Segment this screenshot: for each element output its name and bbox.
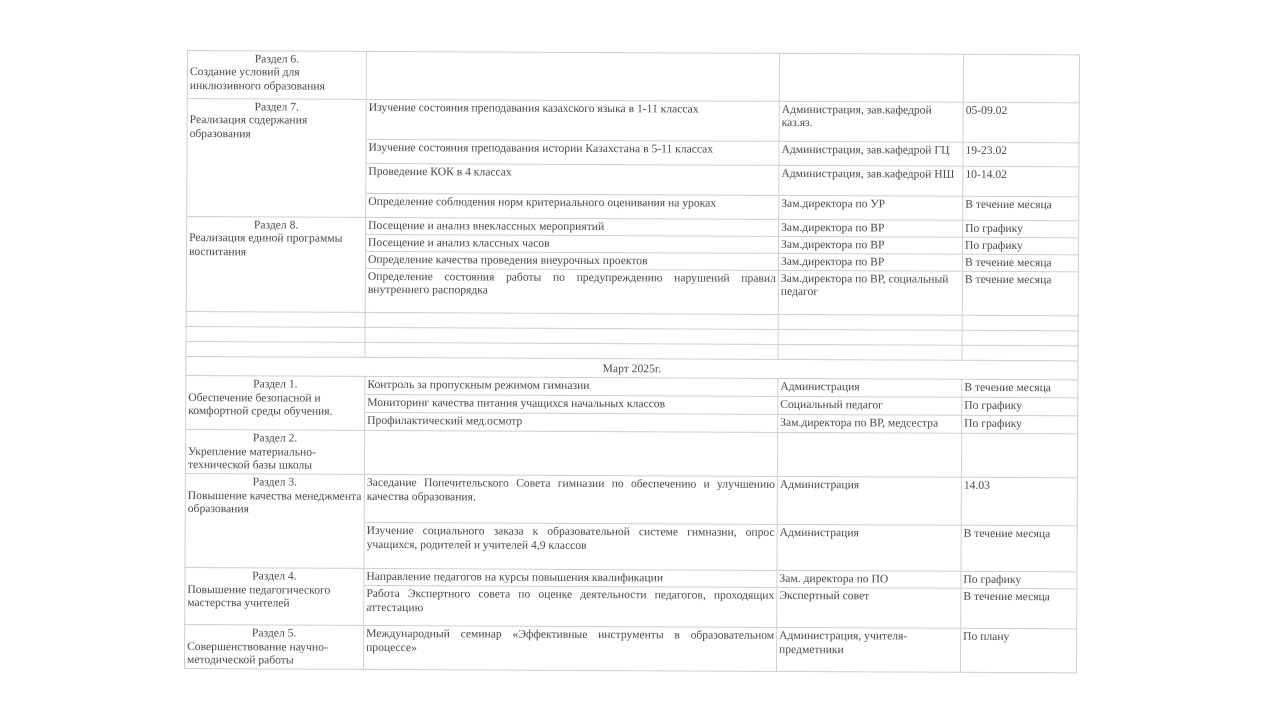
table-row: Раздел 3. Повышение качества менеджмента… — [185, 474, 1077, 526]
section-cell: Раздел 8. Реализация единой программы во… — [186, 217, 365, 313]
table-row: Раздел 4. Повышение педагогического маст… — [185, 568, 1077, 589]
responsible-cell: Зам. директора по ПО — [777, 571, 961, 589]
activity-cell: Изучение социального заказа к образовате… — [364, 523, 777, 571]
activity-cell: Определение соблюдения норм критериально… — [366, 193, 779, 219]
section-title: Обеспечение безопасной и комфортной сред… — [188, 391, 362, 419]
section-cell: Раздел 1. Обеспечение безопасной и комфо… — [186, 376, 365, 431]
date-cell: По графику — [963, 220, 1079, 238]
table-row: Раздел 6. Создание условий для инклюзивн… — [187, 51, 1079, 103]
date-cell: 05-09.02 — [963, 102, 1079, 143]
table-row: Раздел 2. Укрепление материально-техниче… — [185, 430, 1077, 478]
section-cell: Раздел 7. Реализация содержания образова… — [187, 99, 367, 218]
section-cell-empty — [185, 522, 364, 569]
responsible-cell: Зам.директора по ВР — [779, 236, 963, 254]
activity-cell: Посещение и анализ внеклассных мероприят… — [366, 217, 779, 236]
responsible-cell: Социальный педагог — [778, 397, 962, 416]
responsible-cell: Зам.директора по УР — [779, 195, 963, 220]
date-cell: По графику — [962, 398, 1078, 417]
date-cell: 19-23.02 — [963, 142, 1079, 167]
activity-cell: Определение качества проведения внеурочн… — [365, 251, 778, 270]
activity-cell — [366, 51, 779, 101]
section-cell: Раздел 2. Укрепление материально-техниче… — [185, 430, 364, 475]
activity-cell: Определение состояния работы по предупре… — [365, 268, 778, 314]
section-title: Создание условий для инклюзивного образо… — [190, 65, 364, 93]
date-cell — [961, 434, 1077, 479]
date-cell: По графику — [963, 237, 1079, 255]
activity-cell: Работа Экспертного совета по оценке деят… — [364, 586, 777, 628]
activity-cell: Изучение состояния преподавания казахско… — [366, 99, 779, 141]
activity-cell: Посещение и анализ классных часов — [366, 234, 779, 253]
responsible-cell: Зам.директора по ВР, социальный педагог — [778, 270, 962, 315]
section-number: Раздел 4. — [187, 569, 361, 583]
section-cell: Раздел 6. Создание условий для инклюзивн… — [187, 51, 366, 100]
section-number: Раздел 3. — [188, 475, 362, 489]
activity-cell: Международный семинар «Эффективные инстр… — [363, 626, 776, 672]
responsible-cell: Зам.директора по ВР — [778, 253, 962, 271]
section-title: Повышение педагогического мастерства учи… — [187, 583, 361, 611]
section-cell: Раздел 5. Совершенствование научно-метод… — [184, 625, 363, 670]
section-number: Раздел 2. — [188, 431, 362, 445]
date-cell: По графику — [962, 416, 1078, 435]
responsible-cell: Администрация, учителя-предметники — [776, 628, 960, 673]
responsible-cell: Администрация, зав.кафедрой каз.яз. — [779, 101, 963, 142]
activity-cell — [364, 431, 777, 477]
activity-cell: Проведение КОК в 4 классах — [366, 163, 779, 195]
section-title: Реализация содержания образования — [190, 113, 364, 141]
activity-cell: Мониторинг качества питания учащихся нач… — [365, 395, 778, 415]
activity-cell: Изучение состояния преподавания истории … — [366, 139, 779, 165]
section-title: Реализация единой программы воспитания — [189, 231, 363, 259]
date-cell: В течение месяца — [962, 271, 1078, 316]
table-row: Раздел 8. Реализация единой программы во… — [187, 217, 1079, 238]
responsible-cell: Зам.директора по ВР, медсестра — [778, 415, 962, 434]
date-cell: 14.03 — [961, 478, 1077, 527]
scanned-page: Раздел 6. Создание условий для инклюзивн… — [184, 50, 1079, 674]
section-cell: Раздел 3. Повышение качества менеджмента… — [185, 474, 364, 523]
activity-cell: Контроль за пропускным режимом гимназии — [365, 377, 778, 397]
work-plan-table: Раздел 6. Создание условий для инклюзивн… — [184, 50, 1080, 674]
responsible-cell — [779, 53, 963, 102]
responsible-cell — [777, 433, 961, 478]
section-number: Раздел 6. — [190, 52, 364, 66]
responsible-cell: Экспертный совет — [777, 588, 961, 629]
section-number: Раздел 8. — [189, 218, 363, 232]
date-cell — [963, 54, 1079, 103]
date-cell: В течение месяца — [963, 196, 1079, 221]
section-title: Совершенствование научно-методической ра… — [187, 640, 361, 668]
activity-cell: Профилактический мед.осмотр — [365, 413, 778, 433]
table-row: Раздел 1. Обеспечение безопасной и комфо… — [186, 376, 1078, 398]
date-cell: В течение месяца — [962, 254, 1078, 272]
section-title: Укрепление материально-технической базы … — [188, 445, 362, 473]
date-cell: В течение месяца — [961, 526, 1077, 573]
responsible-cell: Зам.директора по ВР — [779, 219, 963, 237]
date-cell: 10-14.02 — [963, 166, 1079, 197]
section-number: Раздел 7. — [190, 100, 364, 114]
date-cell: В течение месяца — [962, 380, 1078, 399]
table-row: Раздел 7. Реализация содержания образова… — [187, 99, 1079, 143]
section-number: Раздел 5. — [187, 626, 361, 640]
responsible-cell: Администрация — [777, 477, 961, 526]
section-title: Повышение качества менеджмента образован… — [188, 489, 362, 517]
responsible-cell: Администрация, зав.кафедрой НШ — [779, 165, 963, 196]
date-cell: В течение месяца — [961, 589, 1077, 630]
responsible-cell: Администрация, зав.кафедрой ГЦ — [779, 141, 963, 166]
responsible-cell: Администрация — [777, 525, 961, 572]
activity-cell: Заседание Попечительского Совета гимнази… — [364, 475, 777, 525]
table-row: Раздел 5. Совершенствование научно-метод… — [184, 625, 1076, 673]
activity-cell: Направление педагогов на курсы повышения… — [364, 569, 777, 588]
section-cell: Раздел 4. Повышение педагогического маст… — [185, 568, 364, 626]
date-cell: По графику — [961, 572, 1077, 590]
table-row: Изучение социального заказа к образовате… — [185, 522, 1077, 572]
date-cell: По плану — [960, 629, 1076, 674]
section-number: Раздел 1. — [188, 377, 362, 391]
responsible-cell: Администрация — [778, 379, 962, 398]
